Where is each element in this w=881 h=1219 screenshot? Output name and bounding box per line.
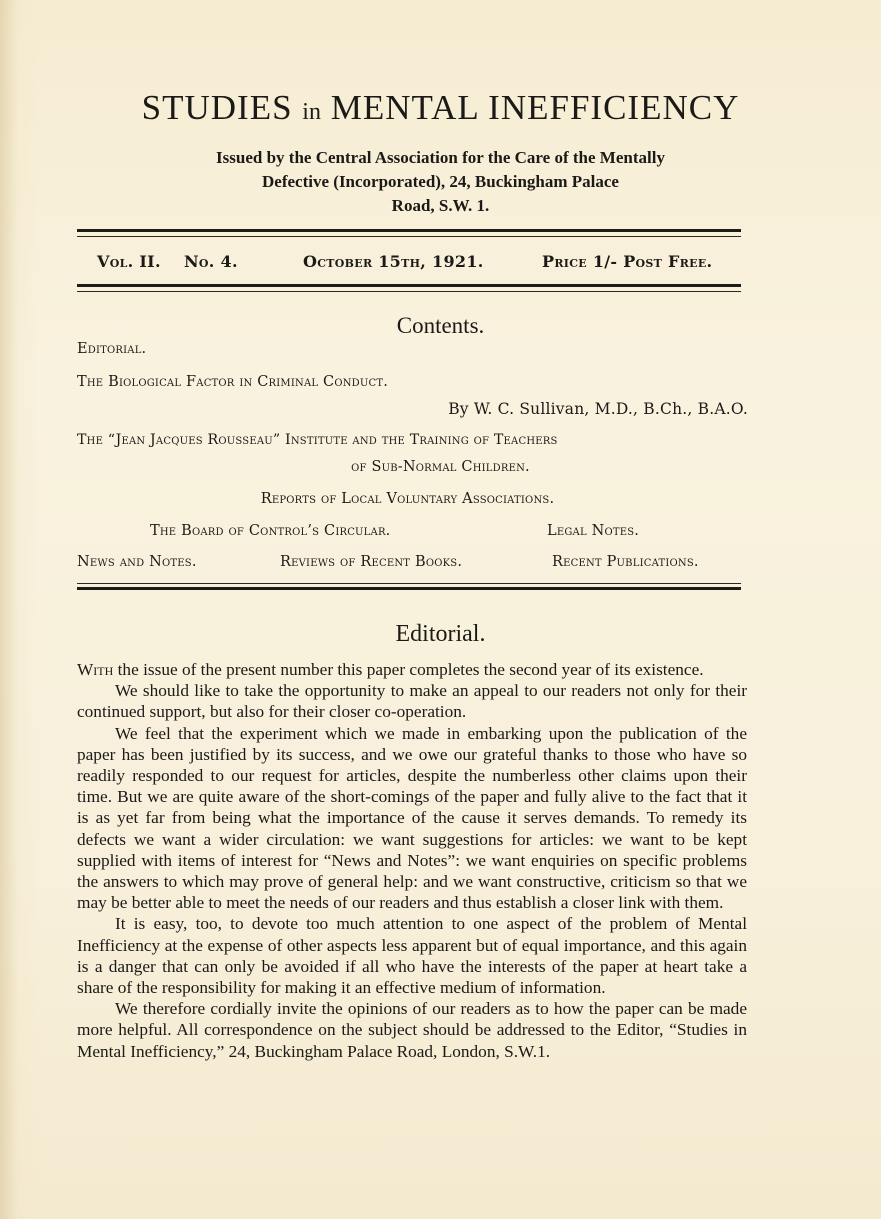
price: Price 1/- Post Free. [542,250,712,274]
title-part-2: MENTAL INEFFICIENCY [321,88,739,127]
toc-byline-sullivan: By W. C. Sullivan, M.D., B.Ch., B.A.O. [448,398,748,420]
editorial-paragraph-5: We therefore cordially invite the opinio… [77,998,747,1062]
drop-word: With [77,660,113,679]
contents-rule-thin [77,583,741,584]
toc-item-editorial[interactable]: Editorial. [77,338,146,360]
contents-heading: Contents. [0,311,881,341]
title-in: in [302,99,321,125]
issuer-line-1: Issued by the Central Association for th… [0,146,881,170]
issue-info-bar: Vol. II. No. 4. October 15th, 1921. Pric… [77,250,741,274]
top-rule-thick [77,229,741,232]
editorial-heading: Editorial. [0,619,881,649]
toc-item-reviews[interactable]: Reviews of Recent Books. [280,551,462,573]
issue-rule-thick [77,284,741,287]
issuer-line-3: Road, S.W. 1. [0,194,881,218]
editorial-paragraph-1: With the issue of the present number thi… [77,659,747,680]
issue-number: No. 4. [184,250,238,274]
toc-item-biological-factor[interactable]: The Biological Factor in Criminal Conduc… [77,371,388,393]
journal-title: STUDIES in MENTAL INEFFICIENCY [0,86,881,134]
top-rule-thin [77,236,741,237]
issuer-statement: Issued by the Central Association for th… [0,146,881,218]
title-part-1: STUDIES [142,88,303,127]
toc-item-rousseau-continuation: of Sub-Normal Children. [0,456,881,478]
volume: Vol. II. [97,250,161,274]
editorial-paragraph-2: We should like to take the opportunity t… [77,680,747,722]
toc-item-local-associations[interactable]: Reports of Local Voluntary Associations. [0,488,815,510]
toc-item-news-and-notes[interactable]: News and Notes. [77,551,197,573]
scanned-page: STUDIES in MENTAL INEFFICIENCY Issued by… [0,0,881,1219]
toc-item-rousseau-institute[interactable]: The “Jean Jacques Rousseau” Institute an… [77,429,558,451]
issue-rule-thin [77,291,741,292]
issuer-line-2: Defective (Incorporated), 24, Buckingham… [0,170,881,194]
toc-item-recent-publications[interactable]: Recent Publications. [552,551,699,573]
toc-item-board-of-control[interactable]: The Board of Control’s Circular. [150,520,390,542]
toc-item-legal-notes[interactable]: Legal Notes. [547,520,639,542]
contents-rule-thick [77,587,741,590]
editorial-paragraph-3: We feel that the experiment which we mad… [77,723,747,914]
issue-date: October 15th, 1921. [303,250,484,274]
editorial-body: With the issue of the present number thi… [77,659,747,1062]
editorial-paragraph-4: It is easy, too, to devote too much atte… [77,913,747,998]
